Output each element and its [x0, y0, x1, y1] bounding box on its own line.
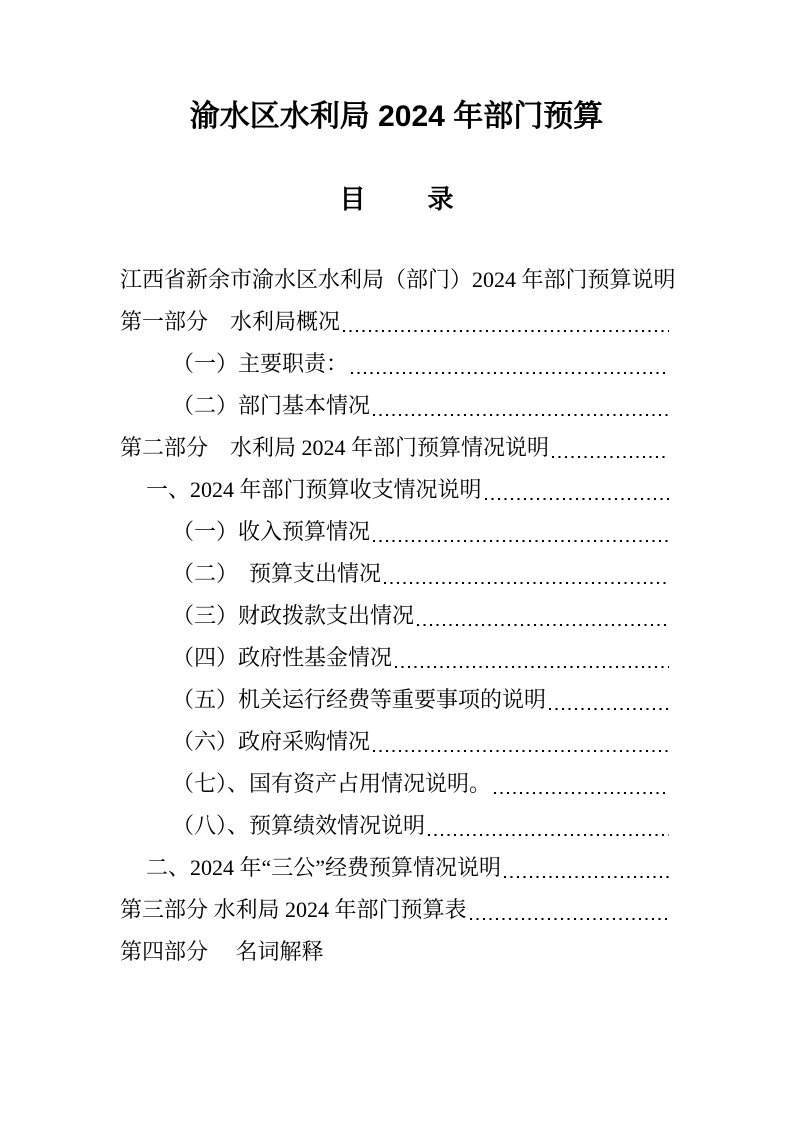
- dot-leader: [549, 708, 669, 711]
- toc-heading-first-char: 目: [339, 184, 365, 214]
- dot-leader: [373, 540, 669, 543]
- toc-entry: （二）部门基本情况: [120, 385, 669, 427]
- toc-entry: （二） 预算支出情况: [120, 553, 669, 595]
- dot-leader: [373, 750, 669, 753]
- dot-leader: [384, 582, 669, 585]
- toc-entry-text: （三）财政拨款支出情况: [172, 595, 414, 637]
- toc-entry-text: 第一部分 水利局概况: [120, 301, 340, 343]
- dot-leader: [552, 456, 669, 459]
- dot-leader: [373, 414, 669, 417]
- dot-leader: [504, 876, 669, 879]
- toc-entry-text: 第三部分 水利局 2024 年部门预算表: [120, 889, 467, 931]
- toc-entry: （六）政府采购情况: [120, 721, 669, 763]
- dot-leader: [343, 330, 669, 333]
- document-page: 渝水区水利局 2024 年部门预算 目 录 江西省新余市渝水区水利局（部门）20…: [0, 0, 793, 1122]
- toc-entry-text: （八）、预算绩效情况说明: [172, 805, 425, 847]
- dot-leader: [395, 666, 669, 669]
- toc-heading: 目 录: [0, 184, 793, 214]
- dot-leader: [494, 792, 669, 795]
- toc-entry-text: （四）政府性基金情况: [172, 637, 392, 679]
- toc-entry: 江西省新余市渝水区水利局（部门）2024 年部门预算说明: [120, 259, 669, 301]
- toc-entry: （三）财政拨款支出情况: [120, 595, 669, 637]
- toc-entry-text: 江西省新余市渝水区水利局（部门）2024 年部门预算说明: [120, 259, 676, 301]
- toc-entry: （四）政府性基金情况: [120, 637, 669, 679]
- dot-leader: [417, 624, 669, 627]
- toc-entry-text: （七）、国有资产占用情况说明。: [172, 763, 491, 805]
- toc-entry-text: 第二部分 水利局 2024 年部门预算情况说明: [120, 427, 549, 469]
- toc-entry: （一）主要职责：: [120, 343, 669, 385]
- toc-entry-text: 二、2024 年“三公”经费预算情况说明: [146, 847, 501, 889]
- toc-entry-text: （五）机关运行经费等重要事项的说明: [172, 679, 546, 721]
- toc-entry-text: （二）部门基本情况: [172, 385, 370, 427]
- toc-list: 江西省新余市渝水区水利局（部门）2024 年部门预算说明第一部分 水利局概况（一…: [120, 259, 669, 973]
- toc-entry-text: （二） 预算支出情况: [172, 553, 381, 595]
- toc-entry: 一、2024 年部门预算收支情况说明: [120, 469, 669, 511]
- toc-entry-text: （六）政府采购情况: [172, 721, 370, 763]
- dot-leader: [485, 498, 669, 501]
- toc-entry-text: 第四部分 名词解释: [120, 931, 324, 973]
- toc-entry: （七）、国有资产占用情况说明。: [120, 763, 669, 805]
- toc-entry: 第四部分 名词解释: [120, 931, 669, 973]
- dot-leader: [470, 918, 669, 921]
- toc-entry: 二、2024 年“三公”经费预算情况说明: [120, 847, 669, 889]
- toc-entry: （一）收入预算情况: [120, 511, 669, 553]
- toc-entry-text: 一、2024 年部门预算收支情况说明: [146, 469, 482, 511]
- toc-entry: （八）、预算绩效情况说明: [120, 805, 669, 847]
- toc-entry-text: （一）主要职责：: [172, 343, 348, 385]
- document-title: 渝水区水利局 2024 年部门预算: [0, 99, 793, 135]
- dot-leader: [428, 834, 669, 837]
- toc-entry: 第三部分 水利局 2024 年部门预算表: [120, 889, 669, 931]
- toc-entry-text: （一）收入预算情况: [172, 511, 370, 553]
- toc-entry: （五）机关运行经费等重要事项的说明: [120, 679, 669, 721]
- toc-entry: 第二部分 水利局 2024 年部门预算情况说明: [120, 427, 669, 469]
- toc-entry: 第一部分 水利局概况: [120, 301, 669, 343]
- toc-heading-second-char: 录: [428, 184, 454, 214]
- dot-leader: [351, 372, 669, 375]
